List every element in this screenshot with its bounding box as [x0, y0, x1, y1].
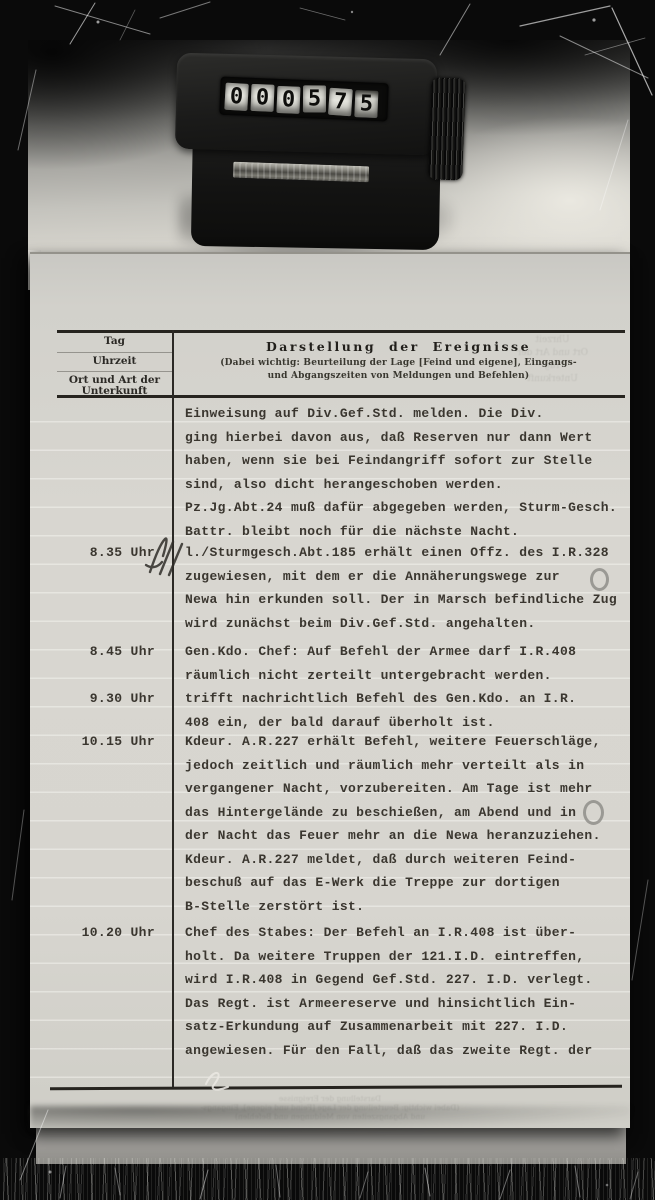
microfilm-scan: 0 0 0 5 7 5 Tag Uhrzeit Ort und Art der …	[0, 0, 655, 1200]
film-scratches	[0, 0, 655, 1200]
